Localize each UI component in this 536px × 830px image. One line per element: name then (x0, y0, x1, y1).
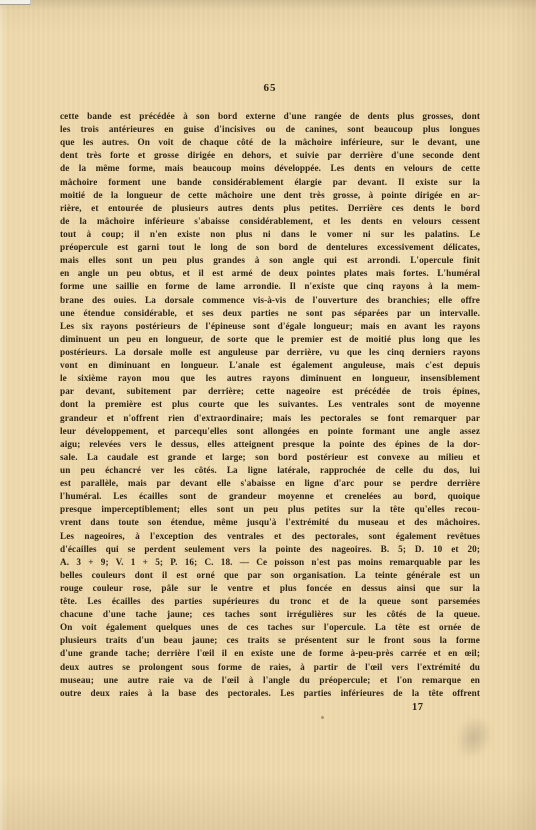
paper-smudge (448, 712, 498, 765)
text-line: préopercule est garni tout le long de so… (60, 241, 480, 254)
text-line: rière, et entourée de plusieurs autres d… (60, 202, 480, 215)
text-line: brane des ouies. La dorsale commence vis… (60, 294, 480, 307)
text-line: Les six rayons postérieurs de l'épineuse… (60, 320, 480, 333)
body-text: cette bande est précédée à son bord exte… (60, 110, 480, 700)
scanned-page: 65 cette bande est précédée à son bord e… (0, 0, 536, 830)
text-line: leur développement, et parcequ'elles son… (60, 425, 480, 438)
text-line: Les nageoires, à l'exception des ventral… (60, 530, 480, 543)
text-line: mâchoire forment une bande considérablem… (60, 176, 480, 189)
text-line: A. 3 + 9; V. 1 + 5; P. 16; C. 18. — Ce p… (60, 556, 480, 569)
text-line: rouge couleur rose, pâle sur le ventre e… (60, 582, 480, 595)
text-line: aigu; relevées vers le dessus, elles att… (60, 438, 480, 451)
text-line: plusieurs traits d'un beau jaune; ces tr… (60, 634, 480, 647)
text-line: sale. La caudale est grande et large; so… (60, 451, 480, 464)
text-line: vont en diminuant en longueur. L'anale e… (60, 359, 480, 372)
text-line: museau; une autre raie va de l'œil à l'a… (60, 674, 480, 687)
text-line: grandeur et n'offrent rien d'extraordina… (60, 412, 480, 425)
paper-speck (321, 716, 324, 719)
text-line: un peu échancré ver les côtés. La ligne … (60, 464, 480, 477)
text-line: une étendue considérable, et ses deux pa… (60, 307, 480, 320)
text-line: que les autres. On voit de chaque côté d… (60, 136, 480, 149)
text-line: outre deux raies à la base des pectorale… (60, 687, 480, 700)
text-line: d'écailles qui se perdent seulement vers… (60, 543, 480, 556)
text-line: par devant, subitement par derrière; cet… (60, 385, 480, 398)
scan-edge-artifact (0, 0, 31, 5)
text-line: en angle un peu obtus, et il est armé de… (60, 267, 480, 280)
text-line: tête. Les écailles des parties supérieur… (60, 595, 480, 608)
text-line: d'une grande tache; derrière l'œil il en… (60, 647, 480, 660)
text-line: presque imperceptiblement; elles sont un… (60, 503, 480, 516)
signature-mark: 17 (412, 702, 424, 713)
text-line: postérieurs. La dorsale molle est angule… (60, 346, 480, 359)
text-line: moitié de la longueur de cette mâchoire … (60, 189, 480, 202)
text-line: vrent dans toute son étendue, même jusqu… (60, 516, 480, 529)
page-number-header: 65 (60, 82, 480, 94)
text-line: cette bande est précédée à son bord exte… (60, 110, 480, 123)
text-line: forme une saillie en forme de lame arron… (60, 280, 480, 293)
text-line: chacune d'une tache jaune; ces taches so… (60, 608, 480, 621)
text-line: le sixième rayon mou que les autres rayo… (60, 372, 480, 385)
text-line: mais elles sont un peu plus grandes à so… (60, 254, 480, 267)
text-line: belles couleurs dont il est orné que par… (60, 569, 480, 582)
text-line: dent très forte et grosse dirigée en deh… (60, 149, 480, 162)
text-line: est parallèle, mais par devant elle s'ab… (60, 477, 480, 490)
text-line: de la même forme, mais beaucoup moins dé… (60, 162, 480, 175)
text-line: tout à coup; il n'en existe non plus ni … (60, 228, 480, 241)
text-line: les trois antérieures en guise d'incisiv… (60, 123, 480, 136)
text-line: de la mâchoire inférieure s'abaisse cons… (60, 215, 480, 228)
text-line: l'huméral. Les écailles sont de grandeur… (60, 490, 480, 503)
text-line: dont la première est plus courte que les… (60, 398, 480, 411)
text-line: deux autres se prolongent sous forme de … (60, 661, 480, 674)
text-line: On voit également quelques unes de ces t… (60, 621, 480, 634)
text-line: diminuent un peu en longueur, de sorte q… (60, 333, 480, 346)
